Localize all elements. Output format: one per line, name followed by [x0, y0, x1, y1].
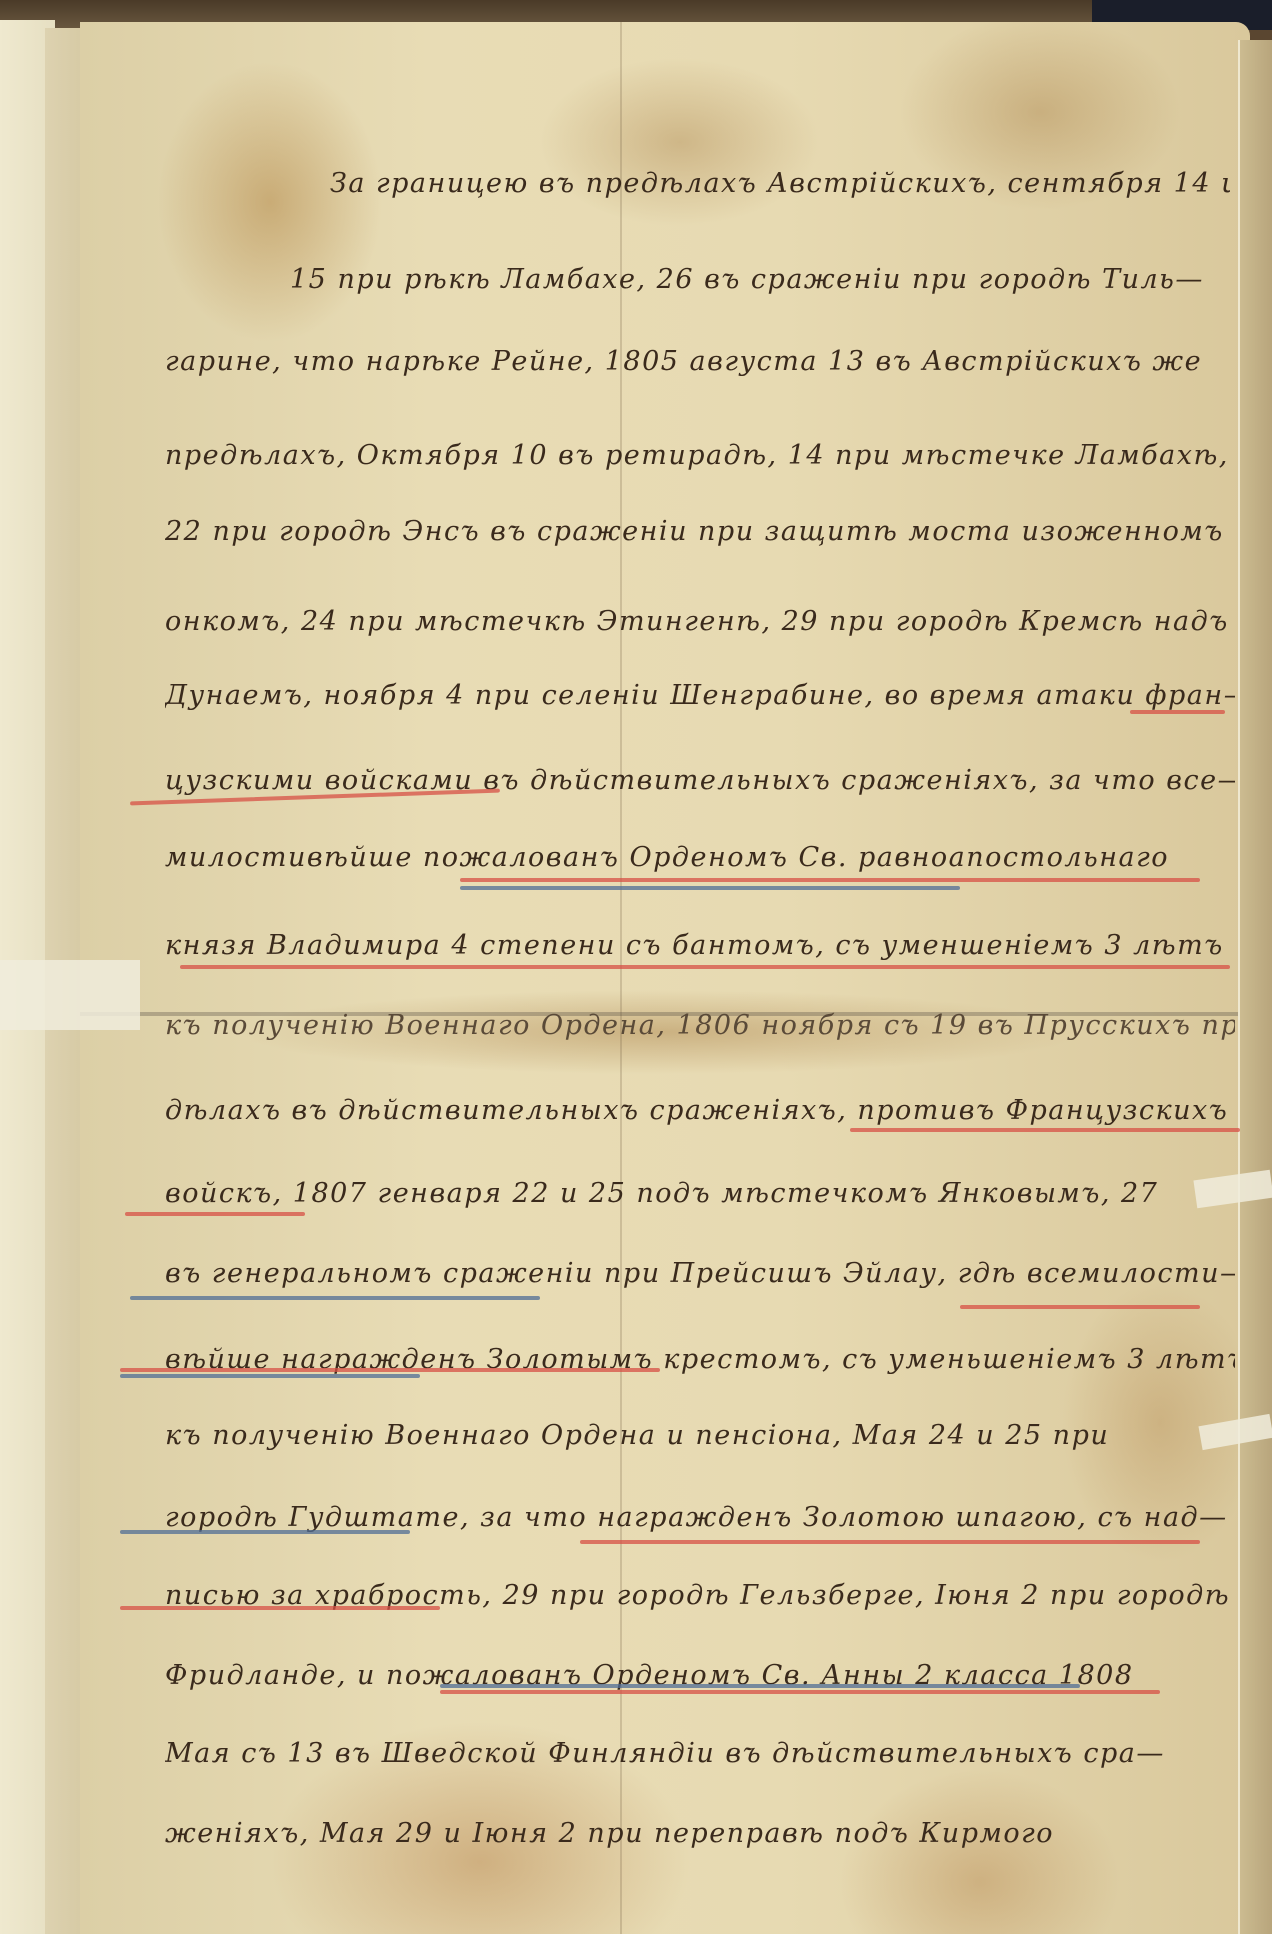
- red-underline: [440, 1690, 1160, 1694]
- blue-underline: [460, 886, 960, 890]
- red-underline: [850, 1128, 1240, 1132]
- text-line-10: князя Владимира 4 степени съ бантомъ, съ…: [165, 930, 1235, 961]
- text-line-20: Мая съ 13 въ Шведской Финляндіи въ дѣйст…: [165, 1738, 1235, 1769]
- text-line-8: цузскими войсками въ дѣйствительныхъ сра…: [165, 765, 1235, 796]
- blue-underline: [130, 1296, 540, 1300]
- text-line-11: къ полученію Военнаго Ордена, 1806 ноябр…: [165, 1010, 1235, 1041]
- red-underline: [960, 1305, 1200, 1309]
- text-line-21: женіяхъ, Мая 29 и Іюня 2 при переправѣ п…: [165, 1818, 1235, 1849]
- text-line-3: гарине, что нарѣке Рейне, 1805 августа 1…: [165, 346, 1235, 377]
- manuscript-text: За границею въ предѣлахъ Австрійскихъ, с…: [0, 0, 1272, 1934]
- text-line-9: милостивѣйше пожалованъ Орденомъ Св. рав…: [165, 842, 1235, 873]
- red-underline: [580, 1540, 1200, 1544]
- red-underline: [180, 965, 1230, 969]
- text-line-14: въ генеральномъ сраженіи при Прейсишъ Эй…: [165, 1258, 1235, 1289]
- text-line-12: дѣлахъ въ дѣйствительныхъ сраженіяхъ, пр…: [165, 1095, 1235, 1126]
- text-line-17: городѣ Гудштате, за что награжденъ Золот…: [165, 1502, 1235, 1533]
- text-line-7: Дунаемъ, ноября 4 при селеніи Шенграбине…: [165, 680, 1235, 711]
- text-line-13: войскъ, 1807 генваря 22 и 25 подъ мѣстеч…: [165, 1178, 1235, 1209]
- text-line-2: 15 при рѣкѣ Ламбахе, 26 въ сраженіи при …: [290, 264, 1240, 295]
- text-line-16: къ полученію Военнаго Ордена и пенсіона,…: [165, 1420, 1235, 1451]
- blue-underline: [440, 1684, 1080, 1688]
- text-line-6: онкомъ, 24 при мѣстечкѣ Этингенѣ, 29 при…: [165, 606, 1235, 637]
- red-underline: [460, 878, 1200, 882]
- red-underline: [125, 1212, 305, 1216]
- text-line-1: За границею въ предѣлахъ Австрійскихъ, с…: [330, 168, 1230, 199]
- red-underline: [120, 1606, 440, 1610]
- blue-underline: [120, 1374, 420, 1378]
- red-underline: [1130, 710, 1225, 714]
- text-line-5: 22 при городѣ Энсъ въ сраженіи при защит…: [165, 516, 1235, 547]
- red-underline: [120, 1368, 660, 1372]
- text-line-4: предѣлахъ, Октября 10 въ ретирадѣ, 14 пр…: [165, 440, 1235, 471]
- blue-underline: [120, 1530, 410, 1534]
